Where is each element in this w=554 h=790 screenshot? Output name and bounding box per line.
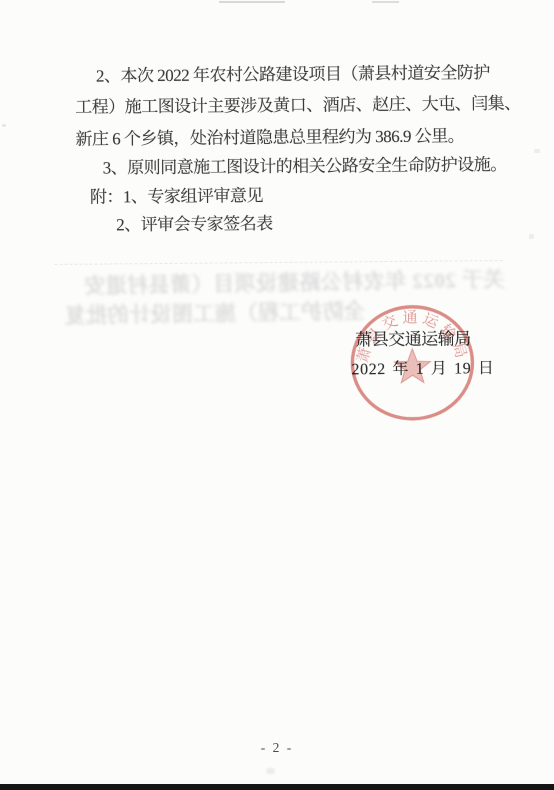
page-number: - 2 - — [0, 740, 554, 756]
body-line-2: 工程）施工图设计主要涉及黄口、酒店、赵庄、大屯、闫集、 — [75, 89, 521, 118]
document-sheet: 2、本次 2022 年农村公路建设项目（萧县村道安全防护 工程）施工图设计主要涉… — [0, 0, 554, 790]
seal-star-icon — [394, 349, 430, 383]
bleed-through-line-1: 关于 2022 年农村公路建设项目（萧县村道安 — [62, 263, 504, 300]
scan-speck — [2, 124, 6, 127]
attachment-line-1: 附：1、专家组评审意见 — [90, 181, 263, 208]
scan-speck — [534, 149, 540, 153]
body-line-4: 3、原则同意施工图设计的相关公路安全生命防护设施。 — [103, 150, 507, 179]
body-line-3: 新庄 6 个乡镇，处治村道隐患总里程约为 386.9 公里。 — [75, 121, 464, 149]
bleed-through-line-2: 全防护工程）施工图设计的批复 — [55, 295, 365, 330]
scanned-document-page: 2、本次 2022 年农村公路建设项目（萧县村道安全防护 工程）施工图设计主要涉… — [0, 0, 554, 790]
body-line-1: 2、本次 2022 年农村公路建设项目（萧县村道安全防护 — [96, 58, 490, 86]
scan-edge-mark — [372, 1, 399, 3]
scan-edge-mark — [219, 1, 285, 3]
scan-bottom-edge — [0, 784, 554, 790]
official-red-seal-icon: 萧县交通运输局 — [347, 302, 478, 425]
scan-speck — [529, 234, 534, 239]
scan-speck — [266, 768, 275, 774]
attachment-line-2: 2、评审会专家签名表 — [116, 209, 273, 235]
